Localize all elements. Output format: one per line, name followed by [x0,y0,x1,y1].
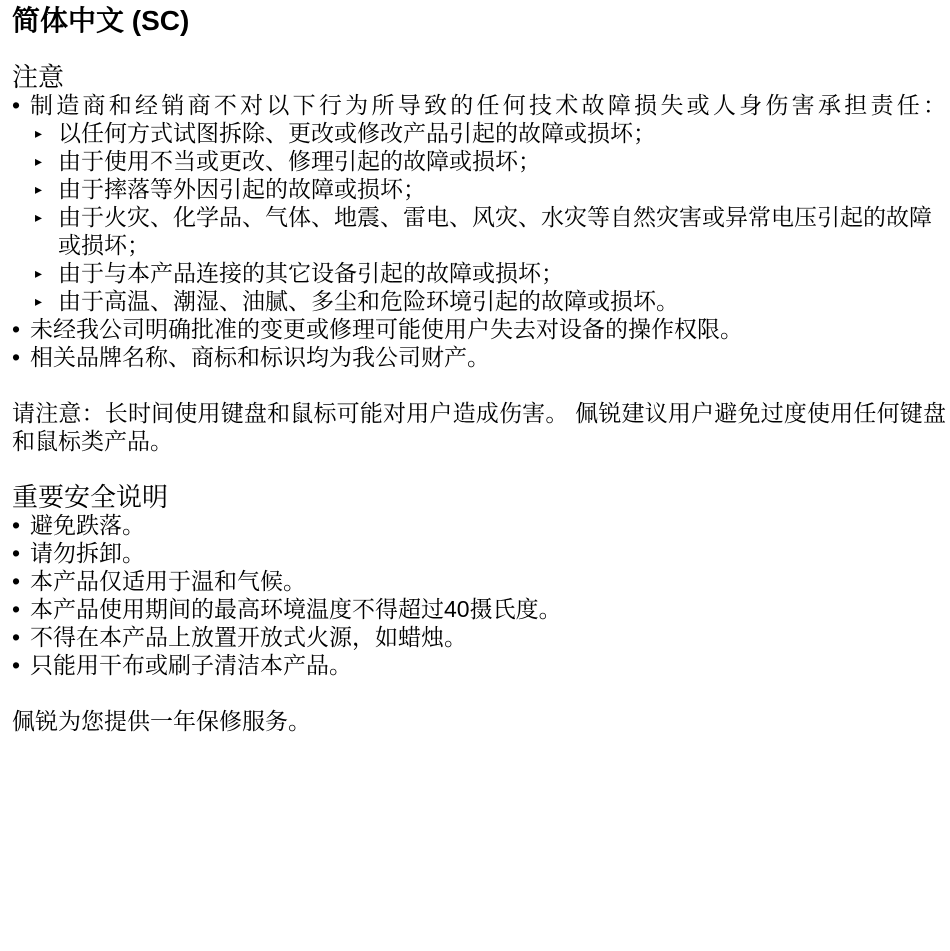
safety-item-text: 不得在本产品上放置开放式火源，如蜡烛。 [30,624,467,650]
caution-subitem: ▸ 由于高温、潮湿、油腻、多尘和危险环境引起的故障或损坏。 [12,287,946,315]
caution-item-text: 由于火灾、化学品、气体、地震、雷电、风灾、水灾等自然灾害或异常电压引起的故障或损… [58,204,932,258]
safety-item: • 只能用干布或刷子清洁本产品。 [12,651,946,679]
caution-item-text: 未经我公司明确批准的变更或修理可能使用户失去对设备的操作权限。 [30,316,743,342]
usage-notice-paragraph: 请注意：长时间使用键盘和鼠标可能对用户造成伤害。 佩锐建议用户避免过度使用任何键… [12,399,946,455]
bullet-dot-icon: • [12,315,20,343]
bullet-dot-icon: • [12,91,20,119]
caution-item-text: 由于高温、潮湿、油腻、多尘和危险环境引起的故障或损坏。 [58,288,679,314]
caution-item-text: 由于使用不当或更改、修理引起的故障或损坏； [58,148,541,174]
caution-item-text: 制造商和经销商不对以下行为所导致的任何技术故障损失或人身伤害承担责任： [30,92,946,118]
bullet-arrow-icon: ▸ [35,287,42,315]
safety-item-text: 只能用干布或刷子清洁本产品。 [30,652,352,678]
safety-item: • 请勿拆卸。 [12,539,946,567]
safety-item-text: 本产品使用期间的最高环境温度不得超过40摄氏度。 [30,596,562,622]
bullet-arrow-icon: ▸ [35,259,42,287]
document-page: 简体中文 (SC) 注意 • 制造商和经销商不对以下行为所导致的任何技术故障损失… [0,0,950,951]
caution-subitem: ▸ 以任何方式试图拆除、更改或修改产品引起的故障或损坏； [12,119,946,147]
caution-item: • 相关品牌名称、商标和标识均为我公司财产。 [12,343,946,371]
bullet-dot-icon: • [12,511,20,539]
bullet-dot-icon: • [12,623,20,651]
safety-item: • 避免跌落。 [12,511,946,539]
bullet-dot-icon: • [12,343,20,371]
caution-item-text: 相关品牌名称、商标和标识均为我公司财产。 [30,344,490,370]
bullet-dot-icon: • [12,567,20,595]
caution-item: • 制造商和经销商不对以下行为所导致的任何技术故障损失或人身伤害承担责任： [12,91,946,119]
caution-subitem: ▸ 由于火灾、化学品、气体、地震、雷电、风灾、水灾等自然灾害或异常电压引起的故障… [12,203,946,259]
caution-subitem: ▸ 由于与本产品连接的其它设备引起的故障或损坏； [12,259,946,287]
safety-item-text: 本产品仅适用于温和气候。 [30,568,306,594]
caution-list: • 制造商和经销商不对以下行为所导致的任何技术故障损失或人身伤害承担责任： ▸ … [12,91,946,371]
safety-heading: 重要安全说明 [12,483,946,511]
caution-item: • 未经我公司明确批准的变更或修理可能使用户失去对设备的操作权限。 [12,315,946,343]
safety-list: • 避免跌落。 • 请勿拆卸。 • 本产品仅适用于温和气候。 • 本产品使用期间… [12,511,946,679]
bullet-arrow-icon: ▸ [35,175,42,203]
safety-item-text: 请勿拆卸。 [30,540,145,566]
caution-subitem: ▸ 由于使用不当或更改、修理引起的故障或损坏； [12,147,946,175]
safety-item: • 本产品仅适用于温和气候。 [12,567,946,595]
bullet-arrow-icon: ▸ [35,203,42,231]
warranty-paragraph: 佩锐为您提供一年保修服务。 [12,707,946,735]
bullet-arrow-icon: ▸ [35,147,42,175]
caution-item-text: 以任何方式试图拆除、更改或修改产品引起的故障或损坏； [58,120,656,146]
safety-item: • 不得在本产品上放置开放式火源，如蜡烛。 [12,623,946,651]
safety-item-text: 避免跌落。 [30,512,145,538]
caution-subitem: ▸ 由于摔落等外因引起的故障或损坏； [12,175,946,203]
caution-item-text: 由于与本产品连接的其它设备引起的故障或损坏； [58,260,564,286]
caution-heading: 注意 [12,63,946,91]
bullet-dot-icon: • [12,539,20,567]
caution-item-text: 由于摔落等外因引起的故障或损坏； [58,176,426,202]
bullet-dot-icon: • [12,651,20,679]
safety-item: • 本产品使用期间的最高环境温度不得超过40摄氏度。 [12,595,946,623]
page-title: 简体中文 (SC) [12,7,946,35]
bullet-dot-icon: • [12,595,20,623]
bullet-arrow-icon: ▸ [35,119,42,147]
